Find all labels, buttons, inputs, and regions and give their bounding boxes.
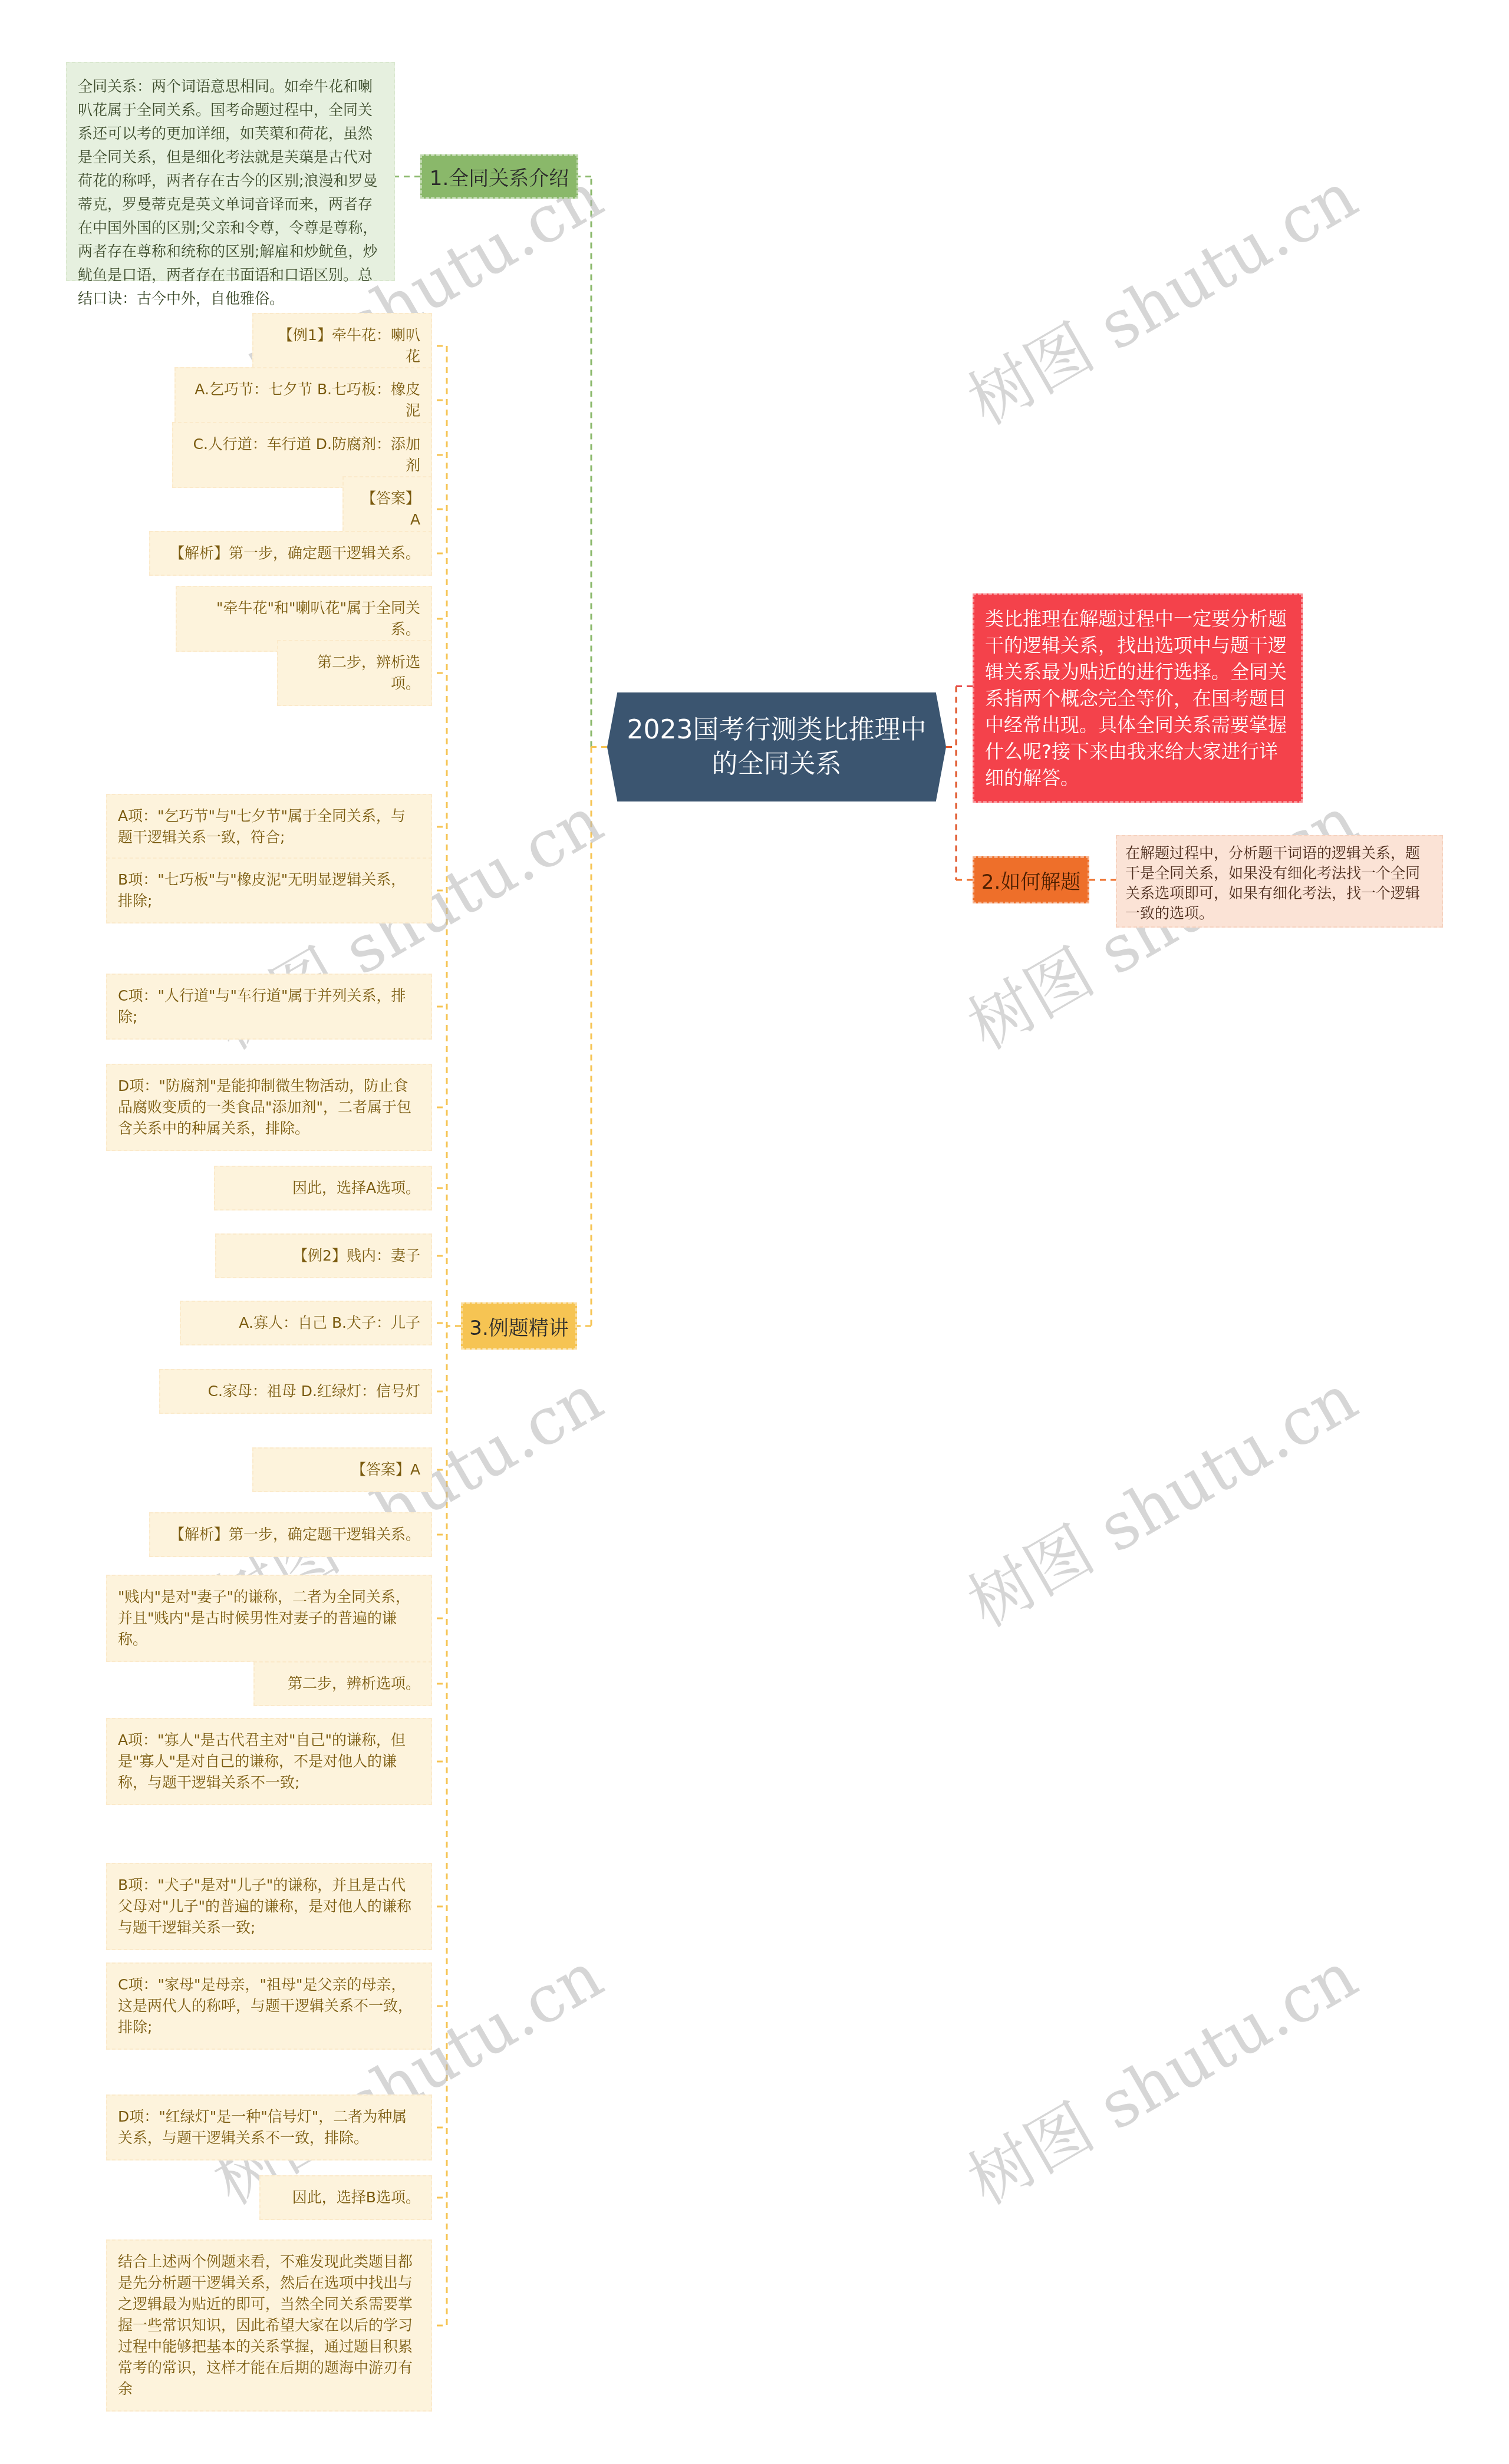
example-item[interactable]: 第二步，辨析选项。 — [253, 1661, 432, 1706]
example-item[interactable]: 因此，选择B选项。 — [259, 2175, 432, 2220]
central-topic[interactable]: 2023国考行测类比推理中的全同关系 — [607, 692, 946, 801]
example-item[interactable]: A项："乞巧节"与"七夕节"属于全同关系，与题干逻辑关系一致，符合; — [106, 794, 432, 860]
branch-intro[interactable]: 1.全同关系介绍 — [420, 154, 578, 199]
example-item[interactable]: D项："防腐剂"是能抑制微生物活动，防止食品腐败变质的一类食品"添加剂"，二者属… — [106, 1064, 432, 1151]
example-item[interactable]: C.家母：祖母 D.红绿灯：信号灯 — [159, 1369, 432, 1414]
example-item[interactable]: "贱内"是对"妻子"的谦称，二者为全同关系，并且"贱内"是古时候男性对妻子的普遍… — [106, 1575, 432, 1662]
summary-note: 类比推理在解题过程中一定要分析题干的逻辑关系，找出选项中与题干逻辑关系最为贴近的… — [973, 593, 1303, 803]
example-item[interactable]: B项："七巧板"与"橡皮泥"无明显逻辑关系，排除; — [106, 857, 432, 923]
example-item[interactable]: 第二步，辨析选项。 — [277, 640, 432, 706]
example-item[interactable]: 【答案】A — [252, 1447, 432, 1492]
how-to-solve-note: 在解题过程中，分析题干词语的逻辑关系，题干是全同关系，如果没有细化考法找一个全同… — [1116, 835, 1443, 928]
example-item[interactable]: B项："犬子"是对"儿子"的谦称，并且是古代父母对"儿子"的普遍的谦称，是对他人… — [106, 1863, 432, 1950]
branch-how-to-solve[interactable]: 2.如何解题 — [973, 856, 1089, 903]
example-item[interactable]: 结合上述两个例题来看，不难发现此类题目都是先分析题干逻辑关系，然后在选项中找出与… — [106, 2239, 432, 2412]
example-item[interactable]: D项："红绿灯"是一种"信号灯"，二者为种属关系，与题干逻辑关系不一致，排除。 — [106, 2094, 432, 2160]
example-item[interactable]: 因此，选择A选项。 — [214, 1166, 432, 1210]
example-item[interactable]: C项："家母"是母亲，"祖母"是父亲的母亲，这是两代人的称呼，与题干逻辑关系不一… — [106, 1962, 432, 2050]
example-item[interactable]: 【解析】第一步，确定题干逻辑关系。 — [149, 531, 432, 576]
example-item[interactable]: A.寡人：自己 B.犬子：儿子 — [180, 1301, 432, 1345]
example-item[interactable]: C项："人行道"与"车行道"属于并列关系，排除; — [106, 974, 432, 1040]
branch-examples[interactable]: 3.例题精讲 — [461, 1302, 577, 1350]
intro-note: 全同关系：两个词语意思相同。如牵牛花和喇叭花属于全同关系。国考命题过程中，全同关… — [66, 62, 395, 281]
example-item[interactable]: A项："寡人"是古代君主对"自己"的谦称，但是"寡人"是对自己的谦称，不是对他人… — [106, 1718, 432, 1805]
example-item[interactable]: 【解析】第一步，确定题干逻辑关系。 — [149, 1512, 432, 1557]
example-item[interactable]: 【例2】贱内：妻子 — [215, 1233, 432, 1278]
